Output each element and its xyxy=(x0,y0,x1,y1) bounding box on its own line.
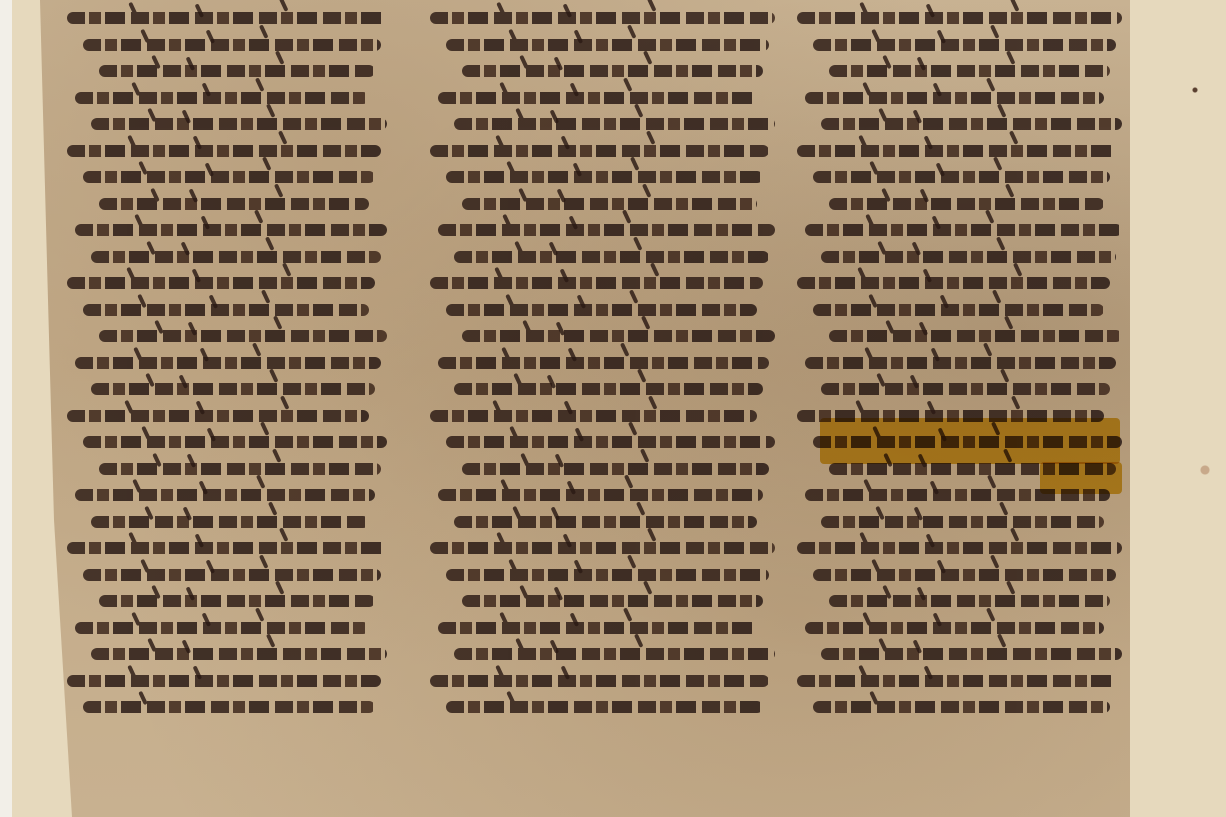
manuscript-folio xyxy=(12,0,1130,817)
script-line xyxy=(430,410,757,422)
script-line xyxy=(67,277,375,289)
script-line xyxy=(83,701,375,713)
script-line xyxy=(446,39,769,51)
script-line xyxy=(75,357,381,369)
script-line xyxy=(446,701,763,713)
script-line xyxy=(805,622,1104,634)
script-line xyxy=(821,118,1122,130)
script-line xyxy=(462,198,757,210)
script-line xyxy=(797,145,1116,157)
script-line xyxy=(83,436,387,448)
script-line xyxy=(462,330,775,342)
script-line xyxy=(805,224,1122,236)
script-line xyxy=(454,118,775,130)
script-line xyxy=(446,171,763,183)
script-line xyxy=(67,542,387,554)
script-line xyxy=(99,198,369,210)
script-line xyxy=(99,65,375,77)
script-line xyxy=(813,304,1104,316)
script-line xyxy=(91,383,375,395)
script-line xyxy=(821,516,1104,528)
script-line xyxy=(67,12,387,24)
script-line xyxy=(430,277,763,289)
script-line xyxy=(91,118,387,130)
script-line xyxy=(83,569,381,581)
script-line xyxy=(821,648,1122,660)
script-line xyxy=(446,569,769,581)
script-line xyxy=(805,92,1104,104)
script-line xyxy=(797,675,1116,687)
script-line xyxy=(462,463,769,475)
script-line xyxy=(454,383,763,395)
script-line xyxy=(813,171,1110,183)
script-line xyxy=(821,251,1116,263)
yellow-highlight xyxy=(820,418,1120,464)
script-line xyxy=(813,569,1116,581)
script-line xyxy=(83,39,381,51)
script-line xyxy=(454,516,757,528)
script-line xyxy=(821,383,1110,395)
script-line xyxy=(797,12,1122,24)
script-line xyxy=(67,145,381,157)
script-line xyxy=(805,357,1116,369)
script-line xyxy=(430,145,769,157)
script-line xyxy=(99,330,387,342)
script-line xyxy=(75,622,369,634)
script-line xyxy=(462,595,763,607)
script-line xyxy=(430,542,775,554)
script-line xyxy=(75,224,387,236)
script-line xyxy=(438,224,775,236)
script-line xyxy=(99,595,375,607)
script-line xyxy=(83,171,375,183)
script-line xyxy=(83,304,369,316)
script-line xyxy=(438,622,757,634)
script-line xyxy=(67,675,381,687)
script-line xyxy=(829,330,1122,342)
script-line xyxy=(797,277,1110,289)
script-line xyxy=(829,198,1104,210)
script-line xyxy=(446,304,757,316)
script-line xyxy=(438,489,763,501)
script-line xyxy=(797,542,1122,554)
script-line xyxy=(438,357,769,369)
script-line xyxy=(813,39,1116,51)
script-line xyxy=(91,648,387,660)
script-line xyxy=(829,595,1110,607)
script-line xyxy=(99,463,381,475)
script-line xyxy=(75,92,369,104)
script-line xyxy=(813,701,1110,713)
script-line xyxy=(462,65,763,77)
script-line xyxy=(67,410,369,422)
script-line xyxy=(430,675,769,687)
script-line xyxy=(75,489,375,501)
script-line xyxy=(438,92,757,104)
script-line xyxy=(454,251,769,263)
script-line xyxy=(454,648,775,660)
script-line xyxy=(430,12,775,24)
script-line xyxy=(829,65,1110,77)
script-line xyxy=(91,516,369,528)
script-line xyxy=(446,436,775,448)
script-line xyxy=(91,251,381,263)
yellow-highlight-last-line xyxy=(1040,462,1122,494)
